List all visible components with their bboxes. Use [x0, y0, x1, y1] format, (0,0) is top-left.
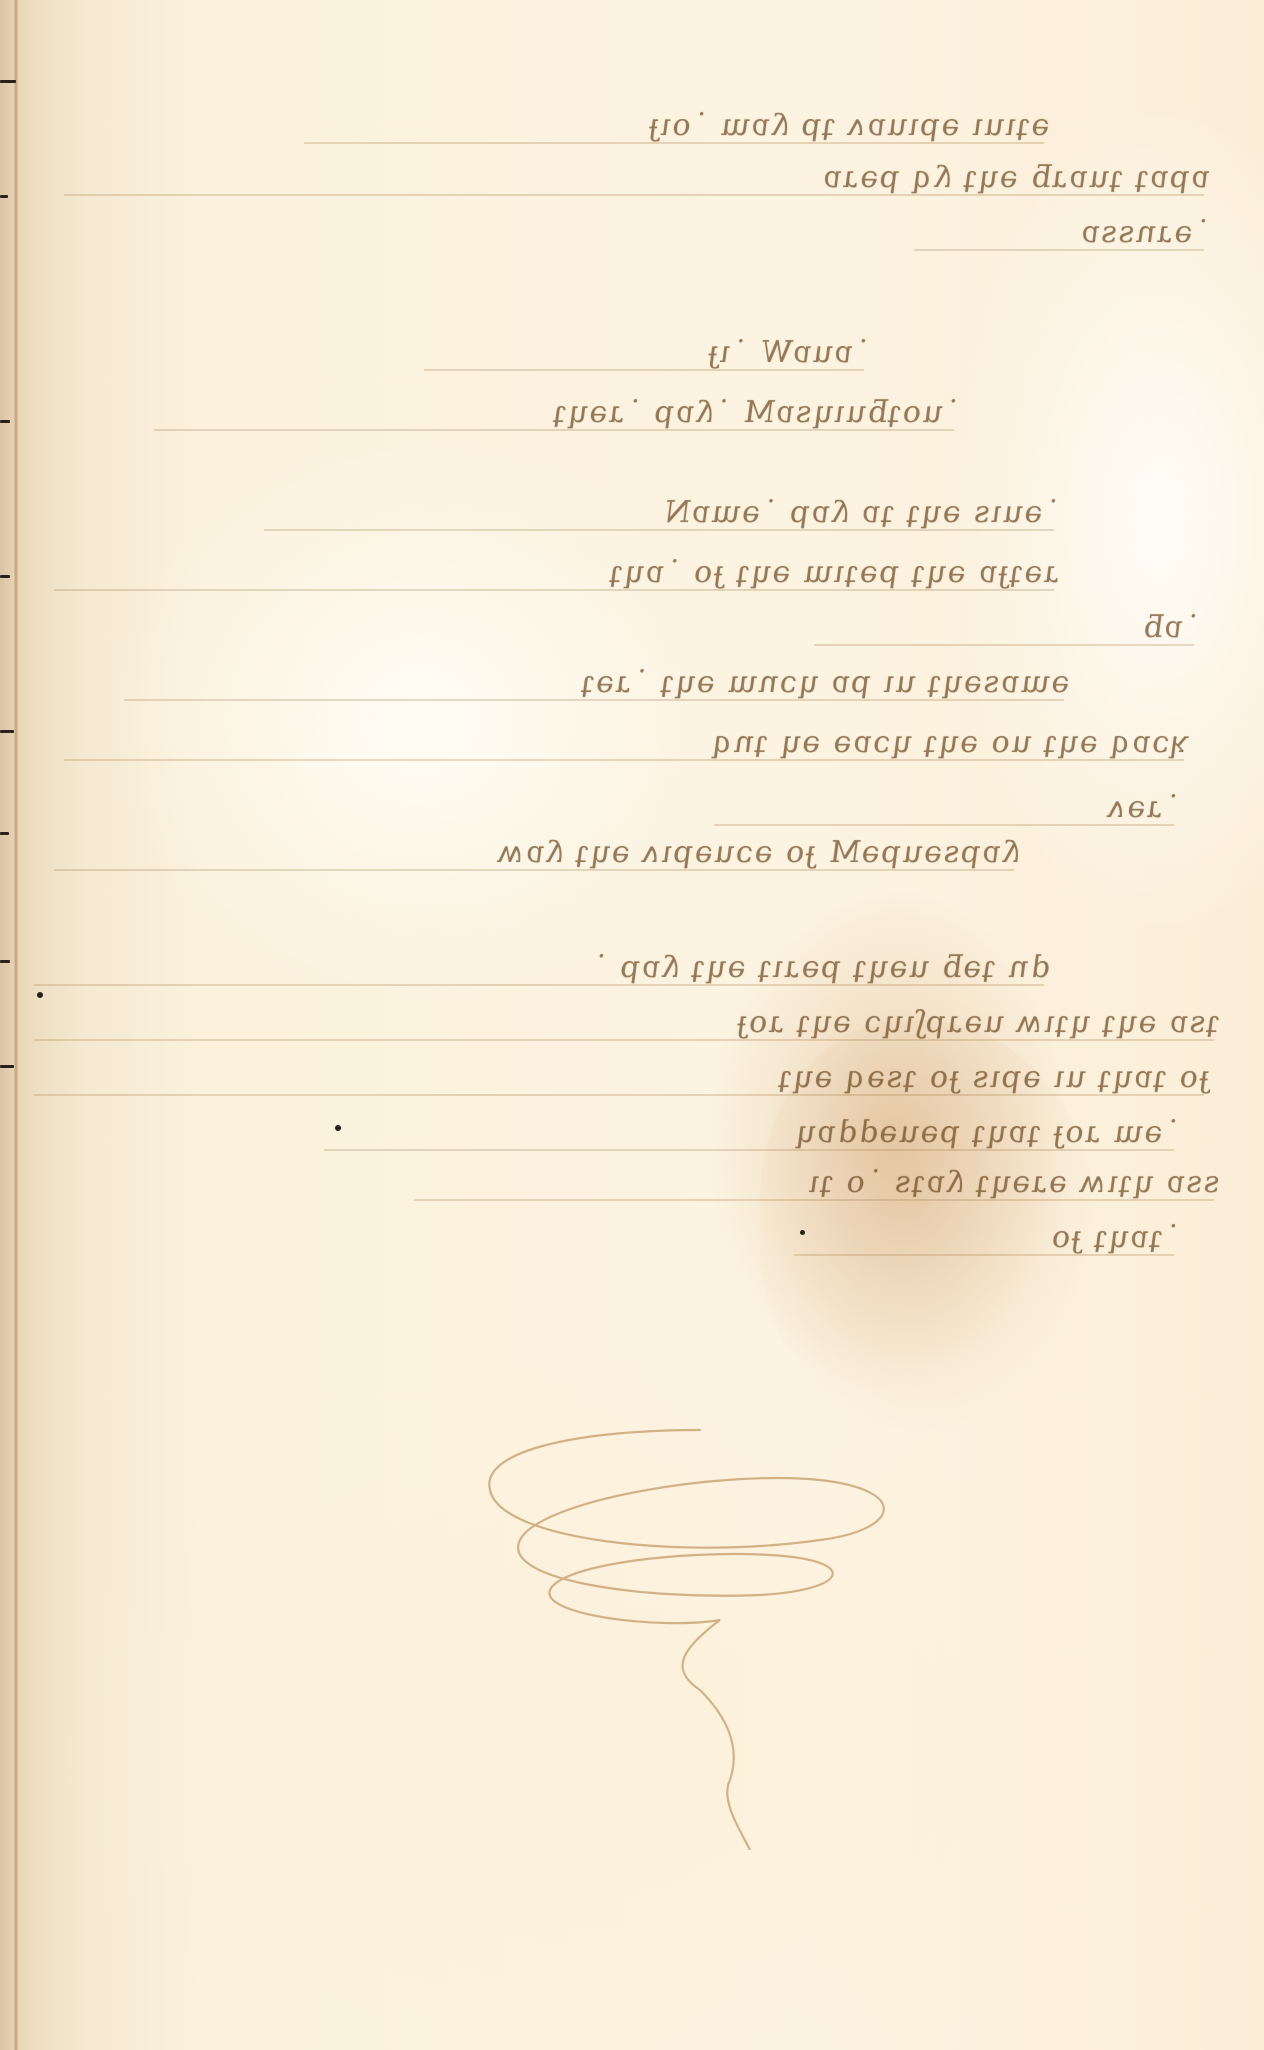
ink-dot: [335, 1125, 341, 1131]
ink-dot: [800, 1230, 805, 1235]
manuscript-page: ǝʇıuı ǝpıuɐʌ ʇp ʎɐɯ ˙oıɟ ɐpɐʇ ʇuɐɹƃ ǝɥʇ …: [0, 0, 1264, 2050]
handwriting-line: ˙ǝɯ ɹoɟ ʇɐɥʇ pǝuǝddɐɥ: [324, 1115, 1185, 1149]
handwriting-line: ɹǝʇɟɐ ǝɥʇ pǝʇıɯ ǝɥʇ ɟo ˙ɐɥʇ: [54, 555, 1065, 589]
margin-mark: [0, 575, 10, 578]
margin-mark: [0, 195, 8, 198]
margin-mark: [0, 420, 10, 423]
handwriting-line: ˙ǝɹnssɐ: [914, 215, 1215, 249]
handwriting-line: ʎɐpsǝupǝM ɟo ǝɔuǝpıʌ ǝɥʇ ʎɐʍ: [54, 835, 1025, 869]
handwriting-line: ǝʇıuı ǝpıuɐʌ ʇp ʎɐɯ ˙oıɟ: [304, 108, 1055, 142]
margin-mark: [0, 832, 9, 835]
handwriting-line: dn ʇǝƃ uǝɥʇ pǝɹıʇ ǝɥʇ ʎɐp ˙: [34, 950, 1055, 984]
handwriting-line: ɐpɐʇ ʇuɐɹƃ ǝɥʇ ʎq pǝɹɐ: [64, 160, 1215, 194]
ink-dot: [37, 992, 43, 998]
handwriting-line: ǝɯɐsǝɥʇ uı pɐ ɥɔnɯ ǝɥʇ ˙ɹǝʇ: [124, 665, 1075, 699]
margin-mark: [0, 80, 16, 83]
handwriting-line: ʇsɐ ǝɥʇ ɥʇıʍ uǝɹpʃıɥɔ ǝɥʇ ɹoɟ: [34, 1005, 1225, 1039]
handwriting-line: ˙ǝuıs ǝɥʇ ʇɐ ʎɐp ˙ǝɯɐN: [264, 495, 1065, 529]
handwriting-line: ˙ʇɐɥʇ ɟo: [794, 1220, 1185, 1254]
margin-mark: [0, 730, 14, 733]
handwriting-heading: ˙uoʇƃuıɥsɐM ˙ʎɐp ˙ɹǝɥʇ: [154, 395, 965, 429]
handwriting-line: ˙ɐƃ: [814, 610, 1205, 644]
handwriting-line: ʞɔɐq ǝɥʇ uo ǝɥʇ ɥɔɐǝ ǝɥ ʇnq: [64, 725, 1195, 759]
handwriting-line: ˙ɹǝʌ: [714, 790, 1185, 824]
binding-edge: [14, 0, 18, 2050]
margin-mark: [0, 960, 10, 963]
handwriting-line: ɟo ʇɐɥʇ uı ǝpıs ɟo ʇsǝq ǝɥʇ: [34, 1060, 1215, 1094]
handwriting-line: ssɐ ɥʇıʍ ǝɹǝɥʇ ʎɐʇs ˙o ʇı: [414, 1165, 1225, 1199]
spiral-flourish-icon: [440, 1390, 1000, 1850]
margin-mark: [0, 1065, 14, 1068]
handwriting-heading: ˙ɐuɐW ˙ıɟ: [424, 335, 875, 369]
